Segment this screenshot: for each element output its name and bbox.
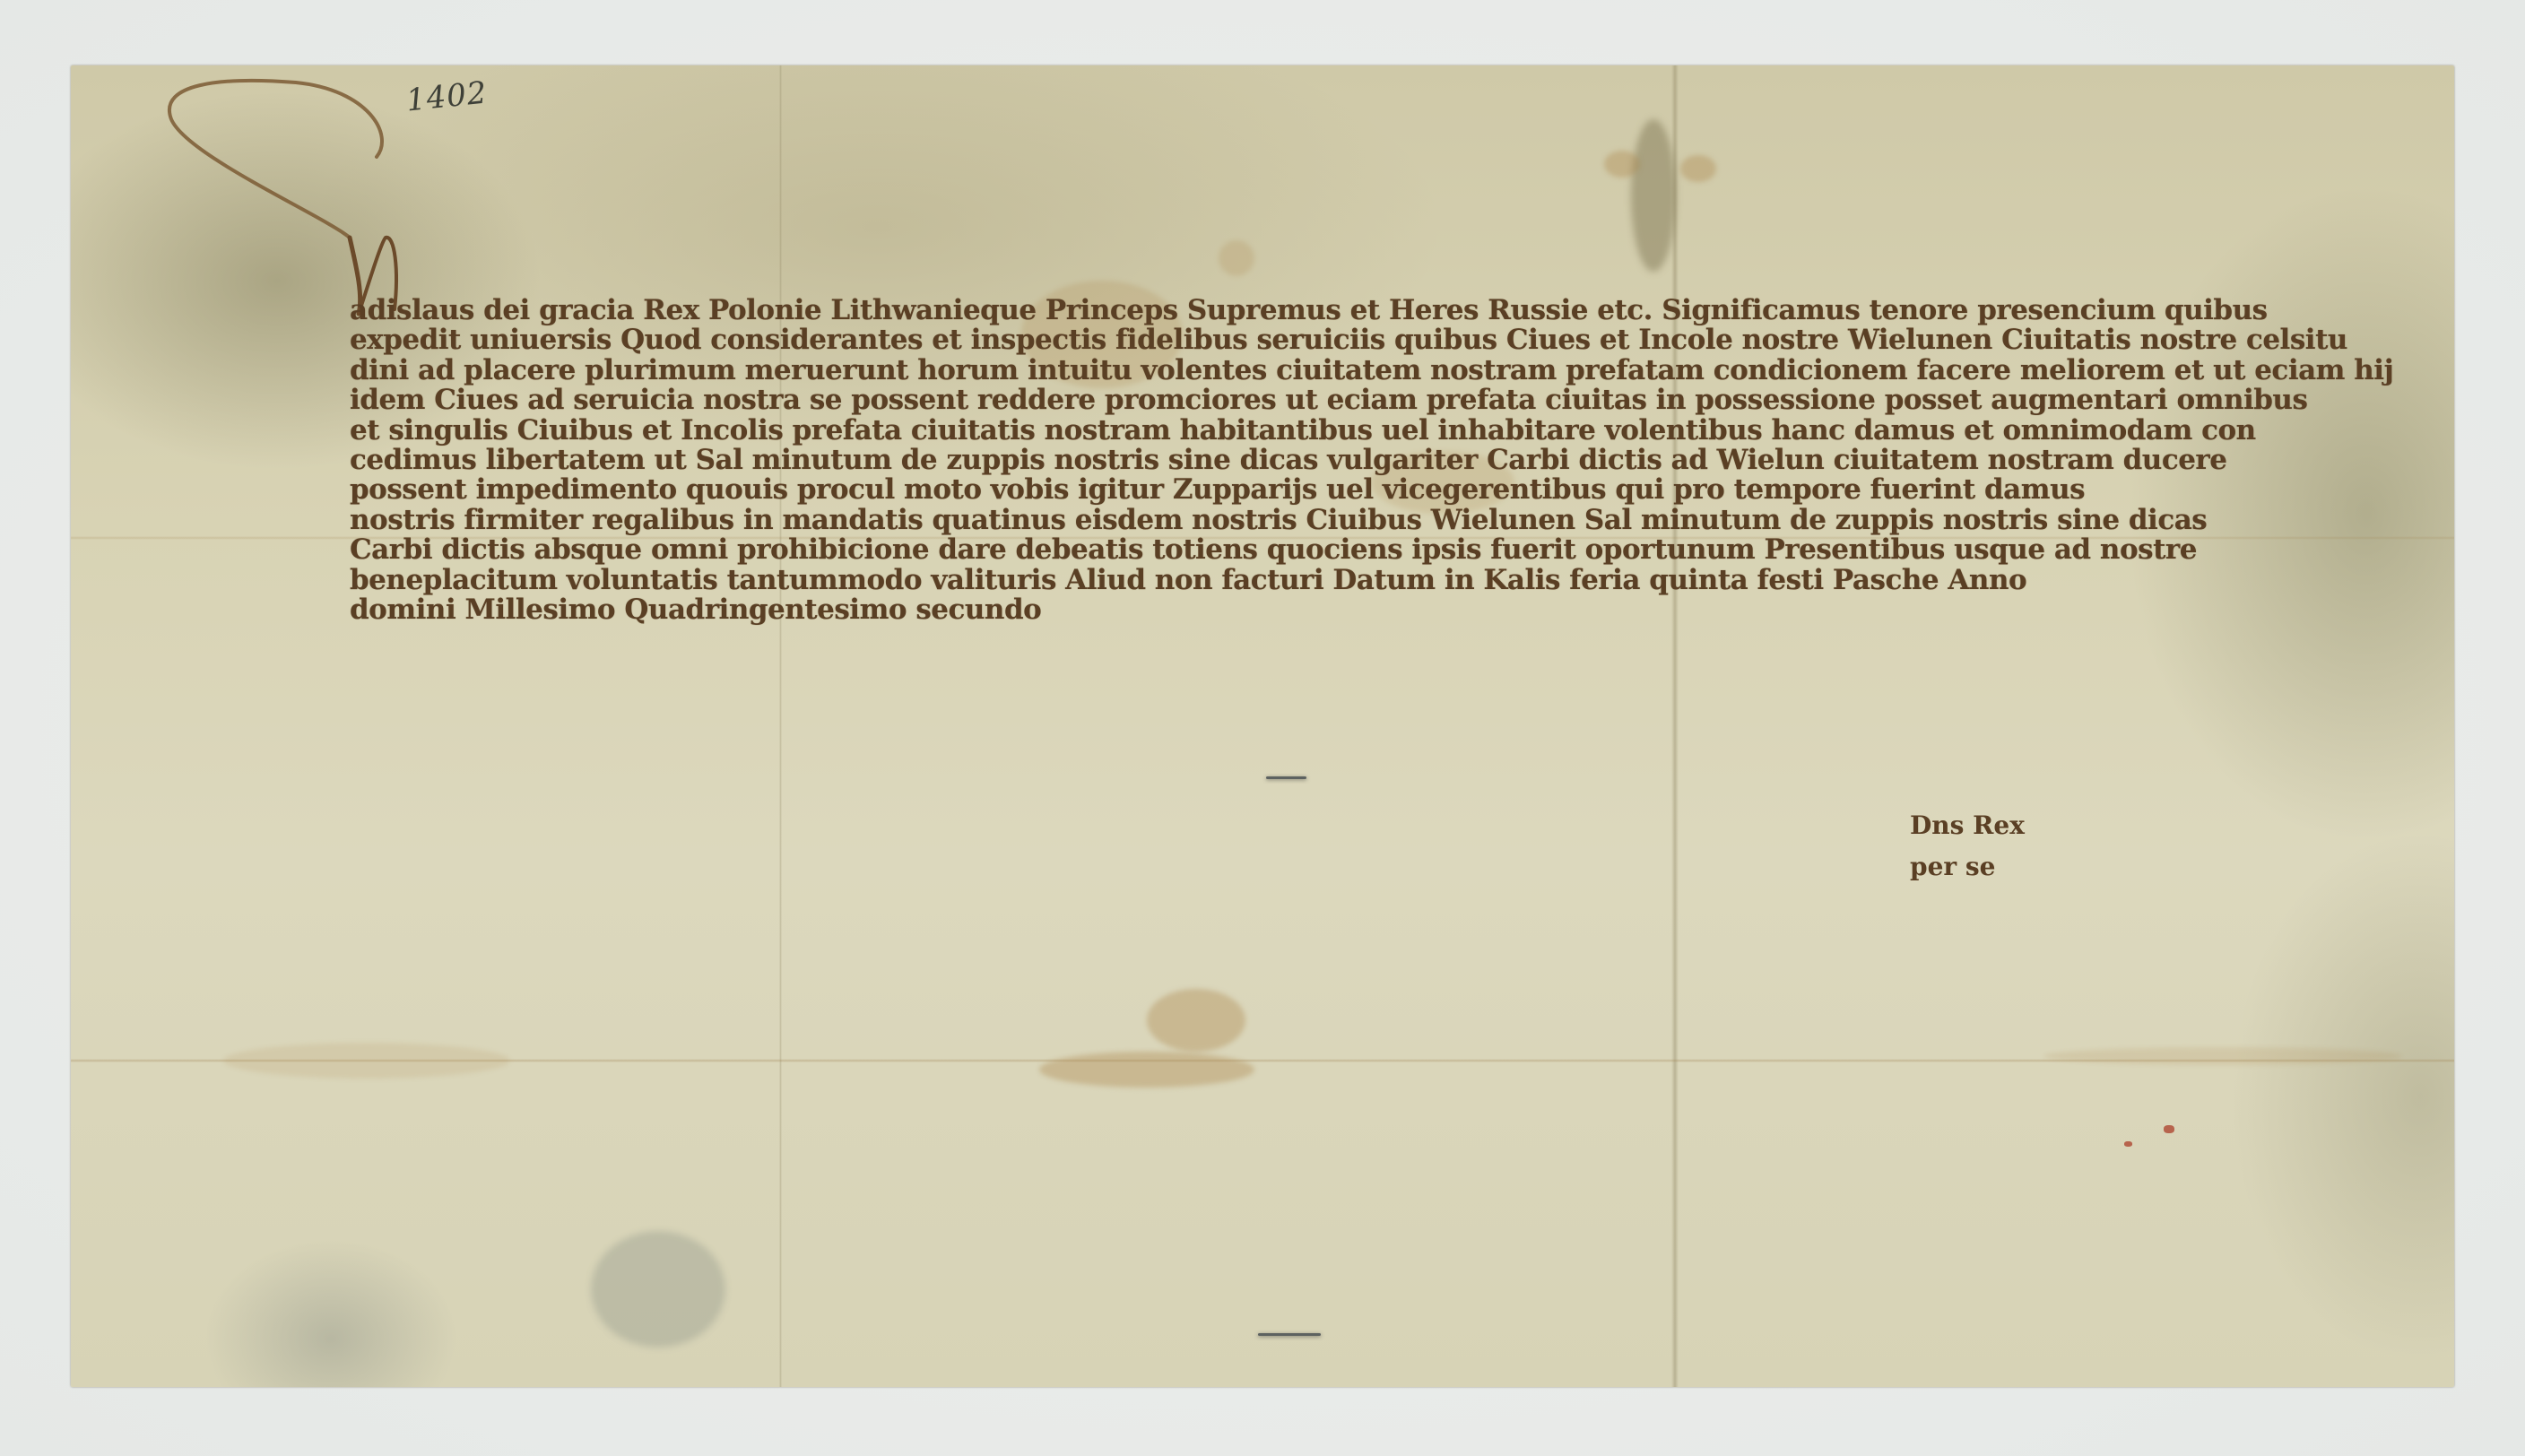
stain: [2043, 1047, 2402, 1065]
stain: [1039, 1052, 1254, 1088]
text-line: et singulis Ciuibus et Incolis prefata c…: [350, 416, 2107, 446]
text-line: beneplacitum voluntatis tantummodo valit…: [350, 566, 2107, 595]
stain: [1680, 155, 1716, 182]
stain: [1604, 151, 1640, 178]
parchment-sheet: [71, 65, 2454, 1387]
text-line: Carbi dictis absque omni prohibicione da…: [350, 535, 2107, 565]
text-line: dini ad placere plurimum meruerunt horum…: [350, 356, 2107, 386]
text-line: cedimus libertatem ut Sal minutum de zup…: [350, 446, 2107, 475]
stain: [591, 1231, 725, 1348]
charter-text: adislaus dei gracia Rex Polonie Lithwani…: [350, 296, 2107, 625]
stain: [1219, 240, 1254, 276]
chancery-note: Dns Rex per se: [1910, 805, 2025, 888]
chancery-note-line: Dns Rex: [1910, 805, 2025, 846]
text-line: domini Millesimo Quadringentesimo secund…: [350, 595, 2107, 625]
text-line: nostris firmiter regalibus in mandatis q…: [350, 506, 2107, 535]
stain: [1147, 989, 1245, 1052]
text-line: expedit uniuersis Quod considerantes et …: [350, 325, 2107, 355]
stain: [223, 1043, 510, 1079]
fold-line-vertical: [1671, 65, 1679, 1387]
text-line: possent impedimento quouis procul moto v…: [350, 475, 2107, 505]
chancery-note-line: per se: [1910, 846, 2025, 888]
text-line: adislaus dei gracia Rex Polonie Lithwani…: [350, 296, 2107, 325]
red-ink-mark: [2124, 1141, 2132, 1147]
seal-slit-mark: [1258, 1333, 1321, 1336]
stain: [1631, 119, 1676, 272]
scan-background: 1402 adislaus dei gracia Rex Polonie Lit…: [0, 0, 2525, 1456]
fold-line-vertical: [779, 65, 782, 1387]
text-line: idem Ciues ad seruicia nostra se possent…: [350, 386, 2107, 415]
red-ink-mark: [2164, 1125, 2174, 1133]
seal-slit-mark: [1266, 776, 1306, 779]
